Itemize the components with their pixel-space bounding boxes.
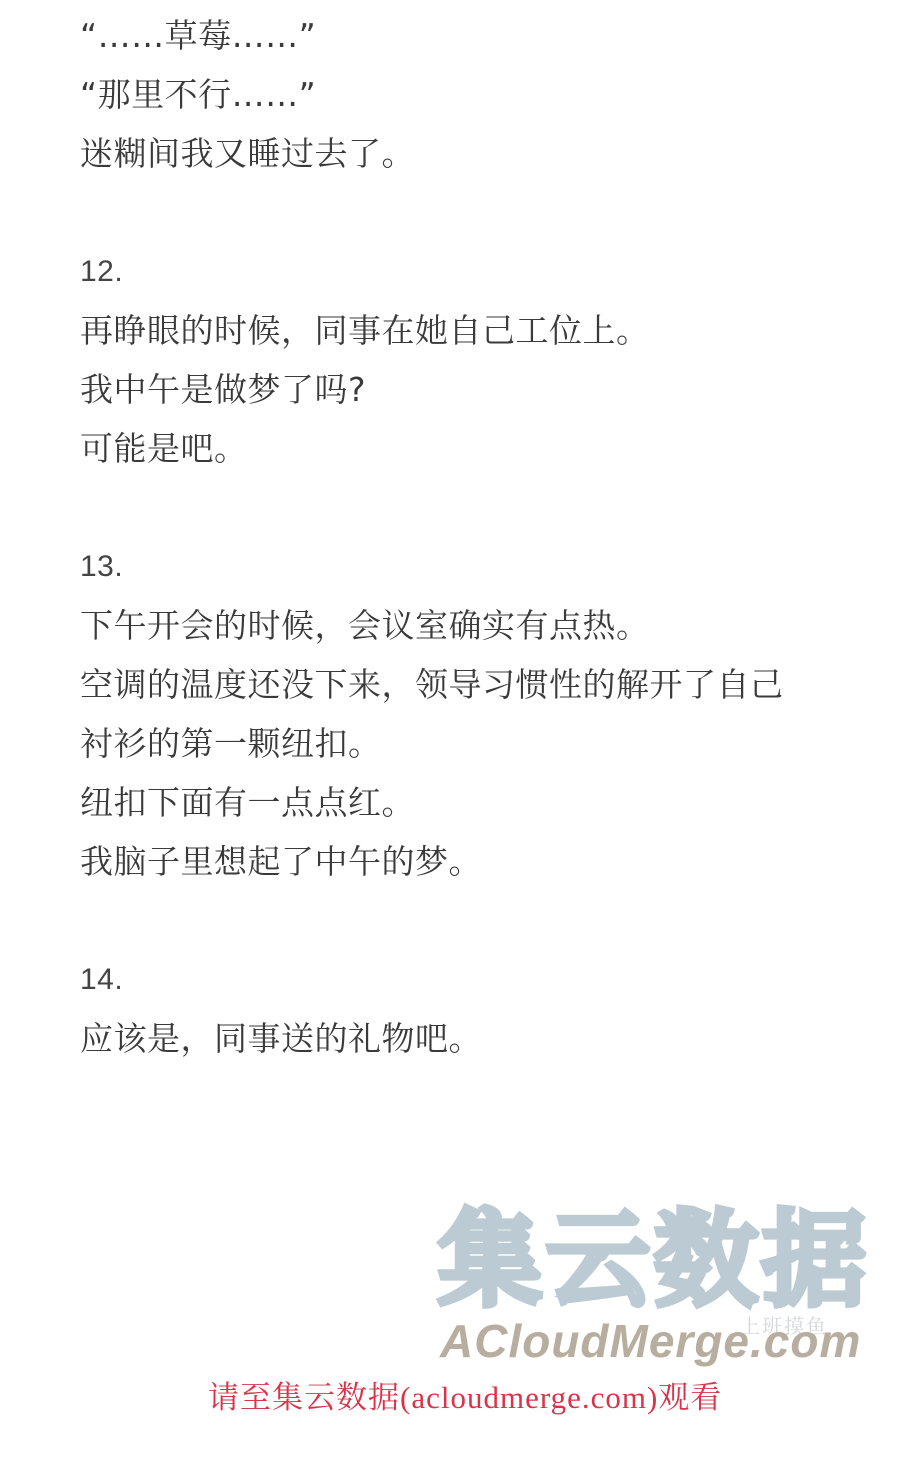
narration-line: 迷糊间我又睡过去了。 — [80, 124, 860, 183]
story-text: “……草莓……” “那里不行……” 迷糊间我又睡过去了。 12. 再睁眼的时候，… — [80, 6, 860, 1068]
narration-line: 可能是吧。 — [80, 419, 860, 478]
narration-line: 下午开会的时候，会议室确实有点热。 — [80, 596, 860, 655]
section-number: 13. — [80, 537, 860, 596]
paragraph-gap — [80, 183, 860, 242]
narration-line: 应该是，同事送的礼物吧。 — [80, 1009, 860, 1068]
dialogue-line: “……草莓……” — [80, 6, 860, 65]
paragraph-gap — [80, 891, 860, 950]
narration-line: 再睁眼的时候，同事在她自己工位上。 — [80, 301, 860, 360]
narration-line: 纽扣下面有一点点红。 — [80, 773, 860, 832]
narration-line: 我脑子里想起了中午的梦。 — [80, 832, 860, 891]
watermark-logo-chinese: 集云数据 — [438, 1208, 870, 1312]
section-number: 14. — [80, 950, 860, 1009]
narration-line: 空调的温度还没下来，领导习惯性的解开了自己 — [80, 655, 860, 714]
paragraph-gap — [80, 478, 860, 537]
source-notice: 请至集云数据(acloudmerge.com)观看 — [208, 1372, 722, 1417]
watermark-logo-english: ACloudMerge.com — [440, 1314, 861, 1368]
dialogue-line: “那里不行……” — [80, 65, 860, 124]
narration-line: 我中午是做梦了吗? — [80, 360, 860, 419]
section-number: 12. — [80, 242, 860, 301]
narration-line: 衬衫的第一颗纽扣。 — [80, 714, 860, 773]
